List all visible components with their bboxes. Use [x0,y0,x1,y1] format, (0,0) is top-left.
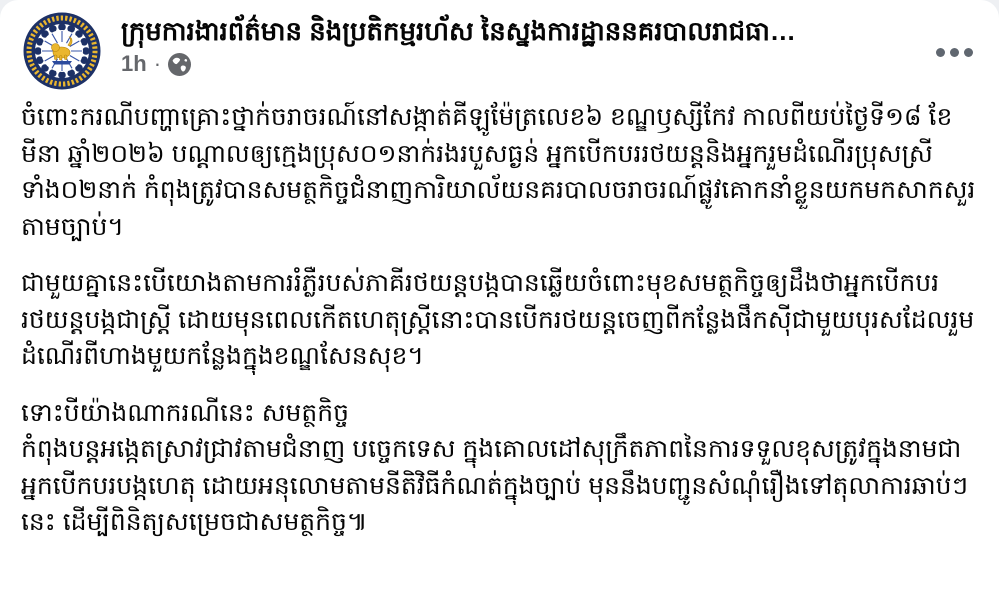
timestamp-link[interactable]: 1h [121,51,147,77]
header-text-block: ក្រុមការងារព័ត៌មាន និងប្រតិកម្មរហ័ស នៃស្… [121,12,930,77]
meta-separator-dot: · [154,51,161,77]
post-paragraph: ចំពោះករណីបញ្ហាគ្រោះថ្នាក់ចរាចរណ៍នៅសង្កាត… [21,99,978,245]
ellipsis-icon [964,48,973,57]
facebook-post-card: ក្រុមការងារព័ត៌មាន និងប្រតិកម្មរហ័ស នៃស្… [0,0,999,607]
page-avatar[interactable] [23,12,101,90]
ellipsis-icon [936,48,945,57]
post-header: ក្រុមការងារព័ត៌មាន និងប្រតិកម្មរហ័ស នៃស្… [0,0,999,90]
post-body: ចំពោះករណីបញ្ហាគ្រោះថ្នាក់ចរាចរណ៍នៅសង្កាត… [0,90,999,541]
post-meta-row: 1h · [121,51,930,77]
post-options-button[interactable] [930,34,979,71]
screenshot-stage: ក្រុមការងារព័ត៌មាន និងប្រតិកម្មរហ័ស នៃស្… [0,0,999,607]
ellipsis-icon [950,48,959,57]
page-name-link[interactable]: ក្រុមការងារព័ត៌មាន និងប្រតិកម្មរហ័ស នៃស្… [121,14,930,48]
post-paragraph: ទោះបីយ៉ាងណាករណីនេះ សមត្ថកិច្ច [21,395,978,432]
globe-icon [168,53,191,76]
police-commissariat-logo [23,12,101,90]
post-paragraph: កំពុងបន្តអង្កេតស្រាវជ្រាវតាមជំនាញ បច្ចេក… [21,431,978,541]
post-paragraph: ជាមួយគ្នានេះបើយោងតាមការរំភ្លឺរបស់ភាគីរថយ… [21,265,978,375]
